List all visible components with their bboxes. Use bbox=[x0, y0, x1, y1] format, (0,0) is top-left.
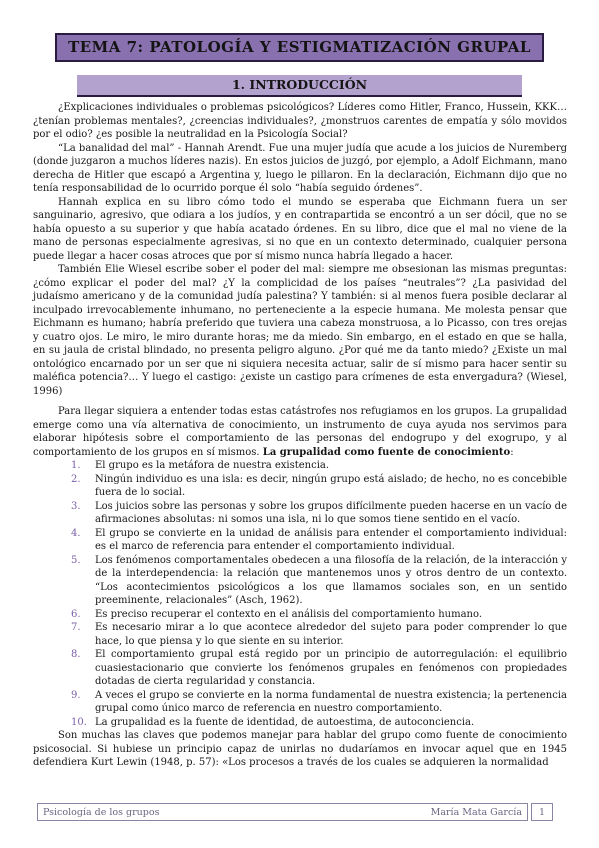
grupalidad-numbered-list: El grupo es la metáfora de nuestra exist… bbox=[33, 459, 567, 729]
footer-author-name: María Mata García bbox=[431, 807, 522, 818]
list-item-text: El grupo se convierte en la unidad de an… bbox=[95, 528, 567, 553]
list-item: El grupo es la metáfora de nuestra exist… bbox=[95, 459, 567, 473]
footer-course-title: Psicología de los grupos bbox=[43, 807, 159, 818]
list-item: Es preciso recuperar el contexto en el a… bbox=[95, 608, 567, 622]
section-header-introduccion: 1. INTRODUCCIÓN bbox=[77, 75, 522, 97]
footer-main-box: Psicología de los grupos María Mata Garc… bbox=[37, 803, 528, 821]
paragraph-questions: ¿Explicaciones individuales o problemas … bbox=[33, 101, 567, 142]
paragraph-elie-wiesel: También Elie Wiesel escribe sober el pod… bbox=[33, 263, 567, 398]
list-item: Los juicios sobre las personas y sobre l… bbox=[95, 500, 567, 527]
list-item-text: Los fenómenos comportamentales obedecen … bbox=[95, 555, 567, 607]
list-item-text: Los juicios sobre las personas y sobre l… bbox=[95, 501, 567, 526]
document-page: TEMA 7: PATOLOGÍA Y ESTIGMATIZACIÓN GRUP… bbox=[0, 0, 599, 848]
list-item-text: A veces el grupo se convierte en la norm… bbox=[95, 690, 567, 715]
list-item-text: El grupo es la metáfora de nuestra exist… bbox=[95, 460, 329, 471]
paragraph-hannah-arendt: Hannah explica en su libro cómo todo el … bbox=[33, 196, 567, 264]
page-footer: Psicología de los grupos María Mata Garc… bbox=[37, 803, 553, 821]
list-item: El grupo se convierte en la unidad de an… bbox=[95, 527, 567, 554]
list-item-text: La grupalidad es la fuente de identidad,… bbox=[95, 717, 474, 728]
page-number-box: 1 bbox=[531, 803, 553, 821]
body-text: ¿Explicaciones individuales o problemas … bbox=[33, 101, 567, 770]
list-item: Es necesario mirar a lo que acontece alr… bbox=[95, 621, 567, 648]
list-item: Los fenómenos comportamentales obedecen … bbox=[95, 554, 567, 608]
list-item: La grupalidad es la fuente de identidad,… bbox=[95, 716, 567, 730]
paragraph-grupalidad: Para llegar siquiera a entender todas es… bbox=[33, 405, 567, 459]
list-item: Ningún individuo es una isla: es decir, … bbox=[95, 473, 567, 500]
paragraph-kurt-lewin: Son muchas las claves que podemos maneja… bbox=[33, 729, 567, 770]
paragraph-grupalidad-colon: : bbox=[510, 447, 513, 458]
list-item-text: Ningún individuo es una isla: es decir, … bbox=[95, 474, 567, 499]
list-item-text: Es necesario mirar a lo que acontece alr… bbox=[95, 622, 567, 647]
list-item-text: Es preciso recuperar el contexto en el a… bbox=[95, 609, 482, 620]
document-title-banner: TEMA 7: PATOLOGÍA Y ESTIGMATIZACIÓN GRUP… bbox=[55, 33, 544, 62]
list-item: El comportamiento grupal está regido por… bbox=[95, 648, 567, 689]
grupalidad-bold-phrase: La grupalidad como fuente de conocimient… bbox=[263, 447, 510, 458]
paragraph-banalidad-del-mal: “La banalidad del mal” - Hannah Arendt. … bbox=[33, 142, 567, 196]
list-item: A veces el grupo se convierte en la norm… bbox=[95, 689, 567, 716]
list-item-text: El comportamiento grupal está regido por… bbox=[95, 649, 567, 687]
